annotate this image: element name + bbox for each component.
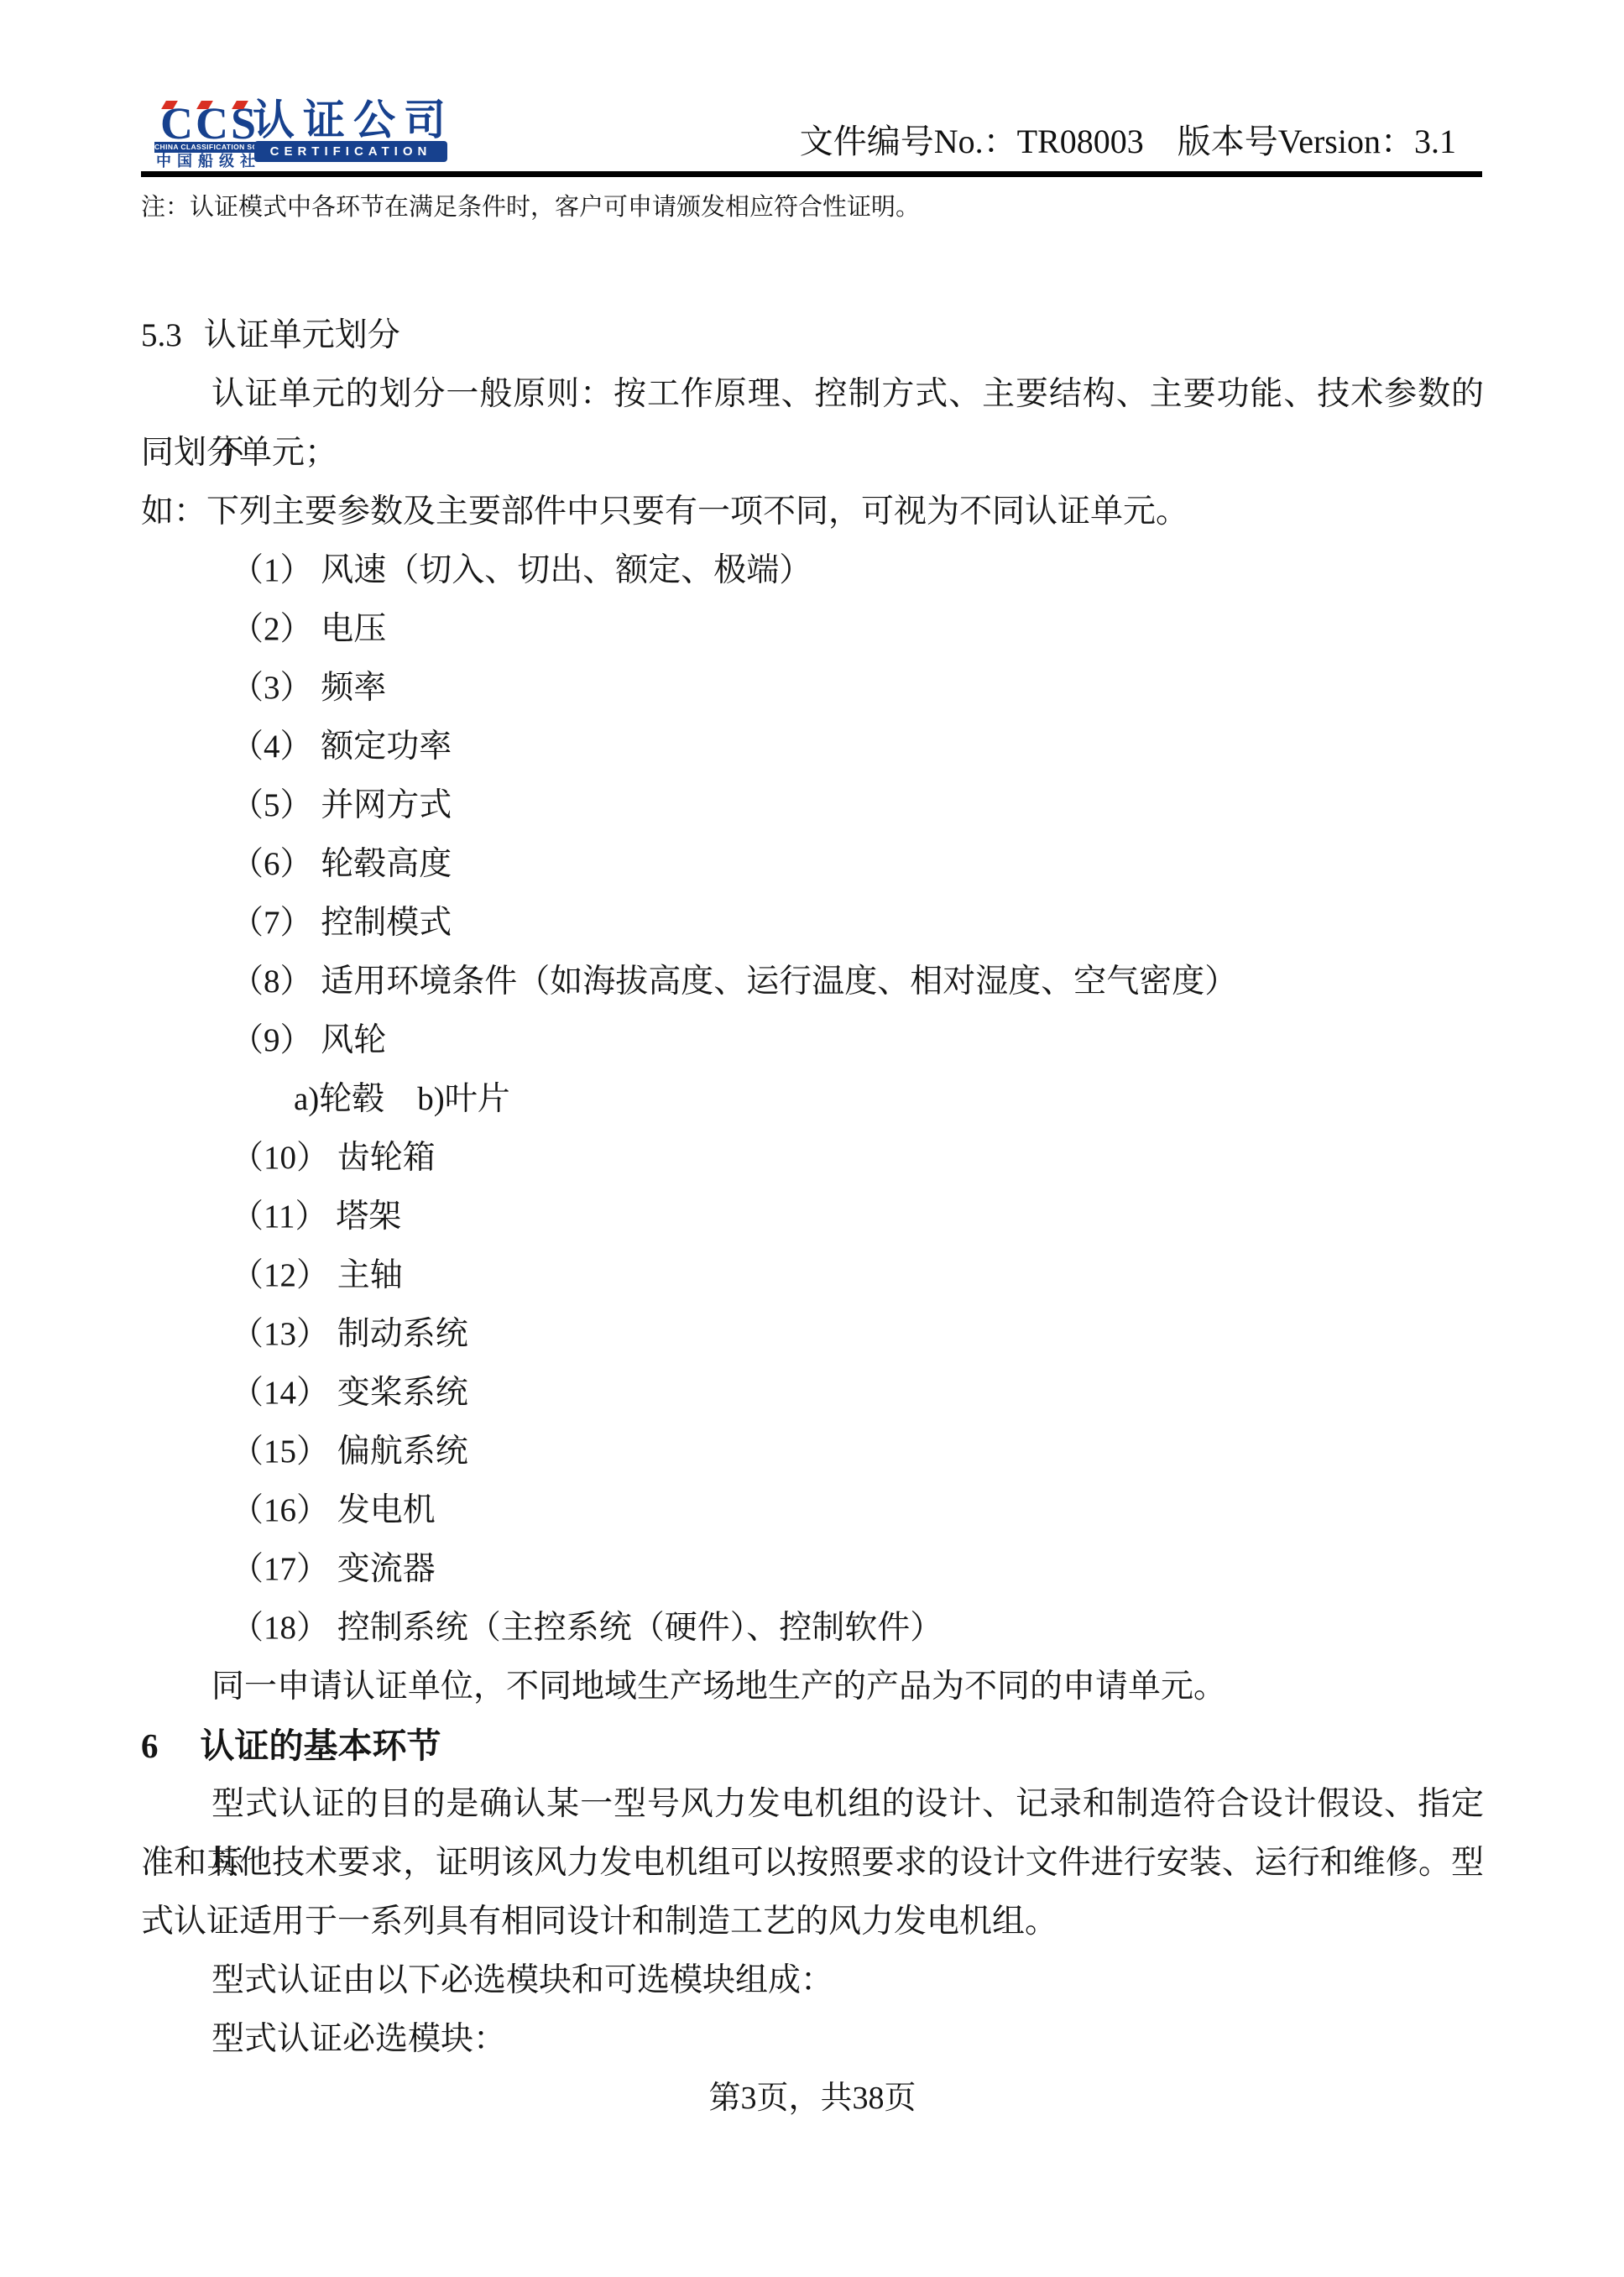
ccs-society-banner: CHINA CLASSIFICATION SOCIETY	[154, 142, 260, 153]
section-number: 6	[141, 1726, 159, 1765]
list-item: （9） 风轮	[141, 1011, 1484, 1070]
ccs-letter: C	[160, 101, 196, 146]
list-item: （15） 偏航系统	[141, 1423, 1484, 1481]
list-item: （8） 适用环境条件（如海拔高度、运行温度、相对湿度、空气密度）	[141, 953, 1484, 1011]
paragraph-line: 式认证适用于一系列具有相同设计和制造工艺的风力发电机组。	[141, 1893, 1484, 1951]
list-item: （3） 频率	[141, 659, 1484, 718]
section-6-heading: 6认证的基本环节	[141, 1716, 1484, 1775]
list-item: （17） 变流器	[141, 1540, 1484, 1599]
paragraph-line: 型式认证的目的是确认某一型号风力发电机组的设计、记录和制造符合设计假设、指定标	[141, 1775, 1484, 1834]
page-header: CCS CHINA CLASSIFICATION SOCIETY 中国船级社 认…	[0, 0, 1624, 178]
note-line: 注：认证模式中各环节在满足条件时，客户可申请颁发相应符合性证明。	[141, 178, 1484, 237]
paragraph-line: 如：下列主要参数及主要部件中只要有一项不同，可视为不同认证单元。	[141, 483, 1484, 541]
paragraph-line: 型式认证必选模块：	[141, 2010, 1484, 2069]
certification-banner: CERTIFICATION	[254, 141, 447, 162]
section-title: 认证单元划分	[204, 317, 400, 353]
document-number: 文件编号No.：TR08003 版本号Version：3.1	[800, 123, 1456, 161]
list-item: （10） 齿轮箱	[141, 1129, 1484, 1188]
list-item: （2） 电压	[141, 600, 1484, 659]
paragraph-line: 准和其他技术要求，证明该风力发电机组可以按照要求的设计文件进行安装、运行和维修。…	[141, 1834, 1484, 1893]
ccs-company-name: 认证公司	[253, 99, 454, 141]
paragraph-line: 同划分单元；	[141, 424, 1484, 483]
section-number: 5.3	[141, 317, 182, 353]
spacer	[141, 237, 1484, 306]
list-item: （16） 发电机	[141, 1481, 1484, 1540]
page-footer: 第3页，共38页	[141, 2069, 1484, 2128]
section-title: 认证的基本环节	[201, 1726, 441, 1765]
list-item: （6） 轮毂高度	[141, 835, 1484, 894]
list-item: （5） 并网方式	[141, 776, 1484, 835]
list-item: （12） 主轴	[141, 1246, 1484, 1305]
ccs-logo-letters: CCS	[160, 101, 258, 146]
document-page: CCS CHINA CLASSIFICATION SOCIETY 中国船级社 认…	[0, 0, 1624, 2277]
list-item: （4） 额定功率	[141, 718, 1484, 776]
list-item: （1） 风速（切入、切出、额定、极端）	[141, 541, 1484, 600]
list-item: （7） 控制模式	[141, 894, 1484, 953]
paragraph-line: 同一申请认证单位，不同地域生产场地生产的产品为不同的申请单元。	[141, 1658, 1484, 1716]
list-item: （13） 制动系统	[141, 1305, 1484, 1364]
paragraph-line: 型式认证由以下必选模块和可选模块组成：	[141, 1951, 1484, 2010]
ccs-society-cn: 中国船级社	[156, 153, 265, 170]
section-5-3-heading: 5.3认证单元划分	[141, 306, 1484, 365]
paragraph-line: 认证单元的划分一般原则：按工作原理、控制方式、主要结构、主要功能、技术参数的不	[141, 365, 1484, 424]
list-sub-item: a)轮毂 b)叶片	[141, 1070, 1484, 1129]
ccs-letter: C	[196, 101, 231, 146]
ccs-logo: CCS CHINA CLASSIFICATION SOCIETY 中国船级社 认…	[0, 0, 587, 178]
document-body: 注：认证模式中各环节在满足条件时，客户可申请颁发相应符合性证明。 5.3认证单元…	[0, 178, 1624, 2128]
header-divider	[141, 171, 1482, 177]
list-item: （11） 塔架	[141, 1188, 1484, 1246]
list-item: （14） 变桨系统	[141, 1364, 1484, 1423]
list-item: （18） 控制系统（主控系统（硬件）、控制软件）	[141, 1599, 1484, 1658]
